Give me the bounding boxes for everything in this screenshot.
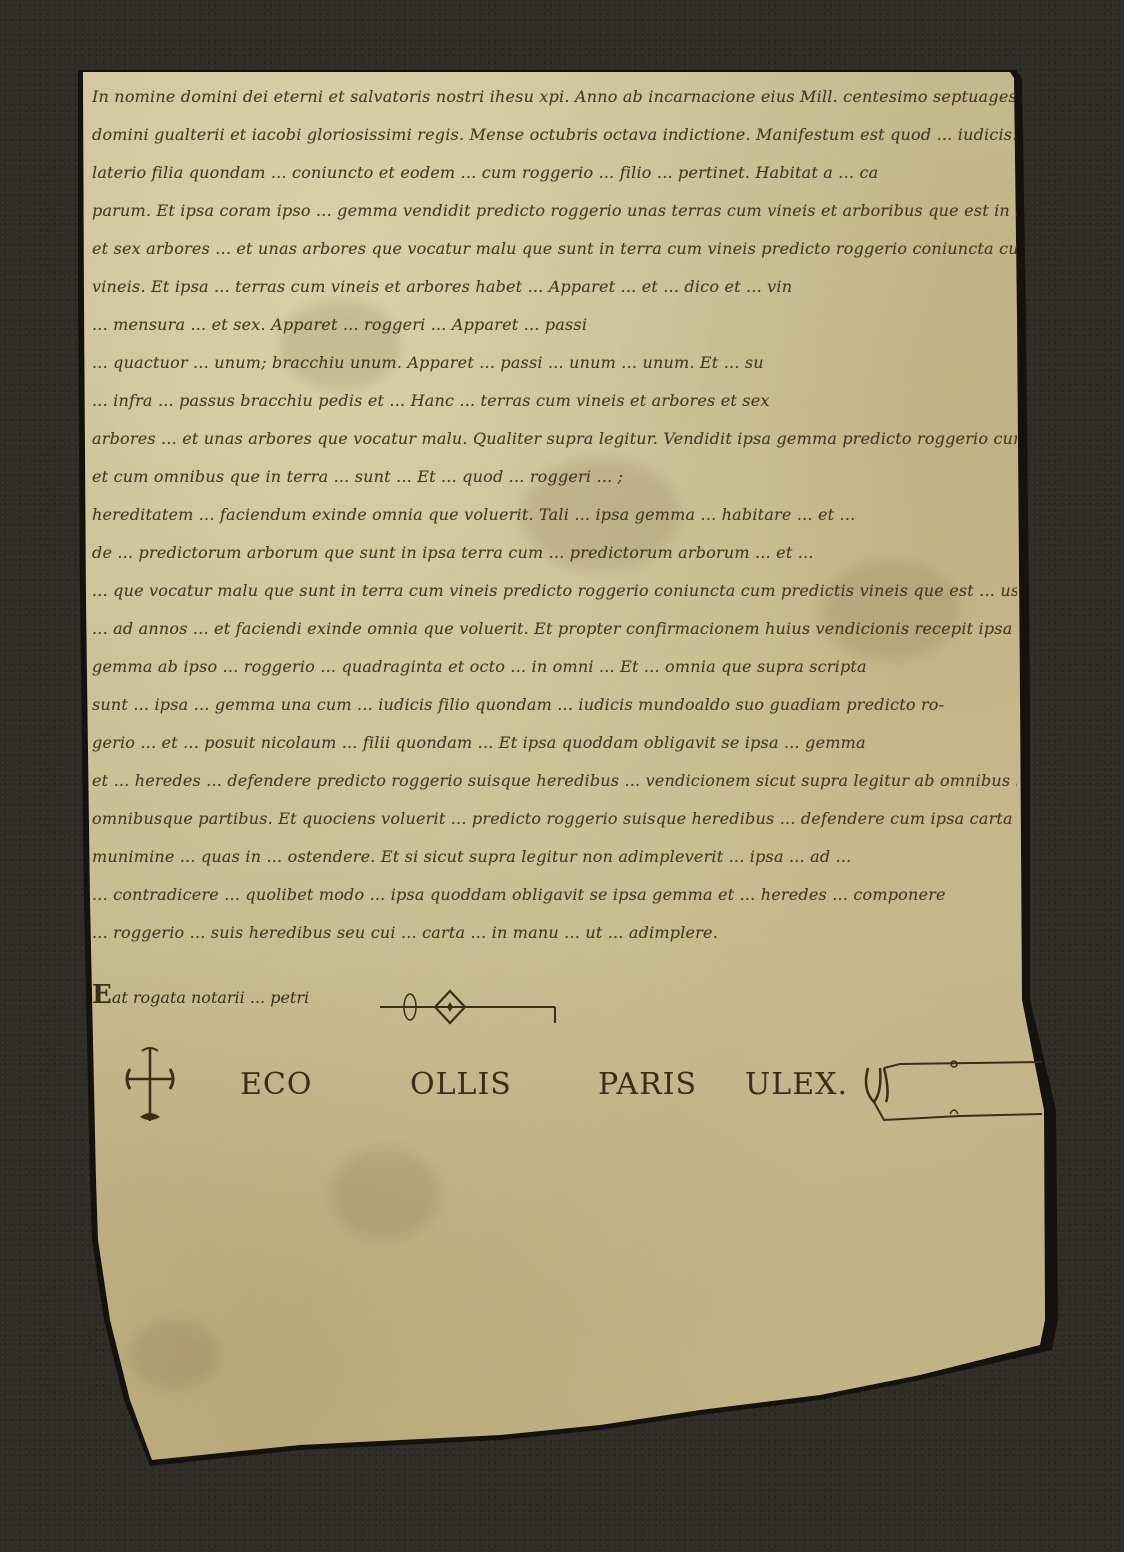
- text-line: ... contradicere ... quolibet modo ... i…: [92, 876, 1017, 914]
- signature-word: OLLIS: [410, 1067, 512, 1102]
- text-line: laterio filia quondam ... coniuncto et e…: [92, 154, 1017, 192]
- signature-word: ULEX.: [745, 1067, 848, 1102]
- text-line: omnibusque partibus. Et quociens volueri…: [92, 800, 1017, 838]
- text-line: ... ad annos ... et faciendi exinde omni…: [92, 610, 1017, 648]
- text-line: ... roggerio ... suis heredibus seu cui …: [92, 914, 1017, 952]
- text-line: et cum omnibus que in terra ... sunt ...…: [92, 458, 1017, 496]
- text-line: ... quactuor ... unum; bracchiu unum. Ap…: [92, 344, 1017, 382]
- text-line: arbores ... et unas arbores que vocatur …: [92, 420, 1017, 458]
- text-line: ... infra ... passus bracchiu pedis et .…: [92, 382, 1017, 420]
- text-line: In nomine domini dei eterni et salvatori…: [92, 78, 1017, 116]
- stain: [330, 1150, 440, 1240]
- charter-body-text: In nomine domini dei eterni et salvatori…: [92, 78, 1017, 952]
- text-line: parum. Et ipsa coram ipso ... gemma vend…: [92, 192, 1017, 230]
- text-line: de ... predictorum arborum que sunt in i…: [92, 534, 1017, 572]
- text-line: gemma ab ipso ... roggerio ... quadragin…: [92, 648, 1017, 686]
- notary-closing-line: Eat rogata notarii ... petri: [92, 980, 309, 1010]
- cross-signum-icon: [120, 1045, 180, 1125]
- closing-text: at rogata notarii ... petri: [112, 988, 309, 1007]
- signature-word: ECO: [240, 1067, 312, 1102]
- text-line: hereditatem ... faciendum exinde omnia q…: [92, 496, 1017, 534]
- text-line: et sex arbores ... et unas arbores que v…: [92, 230, 1017, 268]
- text-line: sunt ... ipsa ... gemma una cum ... iudi…: [92, 686, 1017, 724]
- text-line: munimine ... quas in ... ostendere. Et s…: [92, 838, 1017, 876]
- text-line: domini gualterii et iacobi gloriosissimi…: [92, 116, 1017, 154]
- stain: [130, 1320, 220, 1390]
- text-line: ... mensura ... et sex. Apparet ... rogg…: [92, 306, 1017, 344]
- text-line: gerio ... et ... posuit nicolaum ... fil…: [92, 724, 1017, 762]
- text-line: ... que vocatur malu que sunt in terra c…: [92, 572, 1017, 610]
- text-line: et ... heredes ... defendere predicto ro…: [92, 762, 1017, 800]
- notary-flourish-icon: [380, 985, 560, 1025]
- notary-monogram-icon: [860, 1050, 1045, 1130]
- signature-word: PARIS: [598, 1067, 697, 1102]
- decorated-initial: E: [92, 980, 112, 1010]
- notary-signature-row: ECO OLLIS PARIS ULEX.: [120, 1045, 1040, 1135]
- text-line: vineis. Et ipsa ... terras cum vineis et…: [92, 268, 1017, 306]
